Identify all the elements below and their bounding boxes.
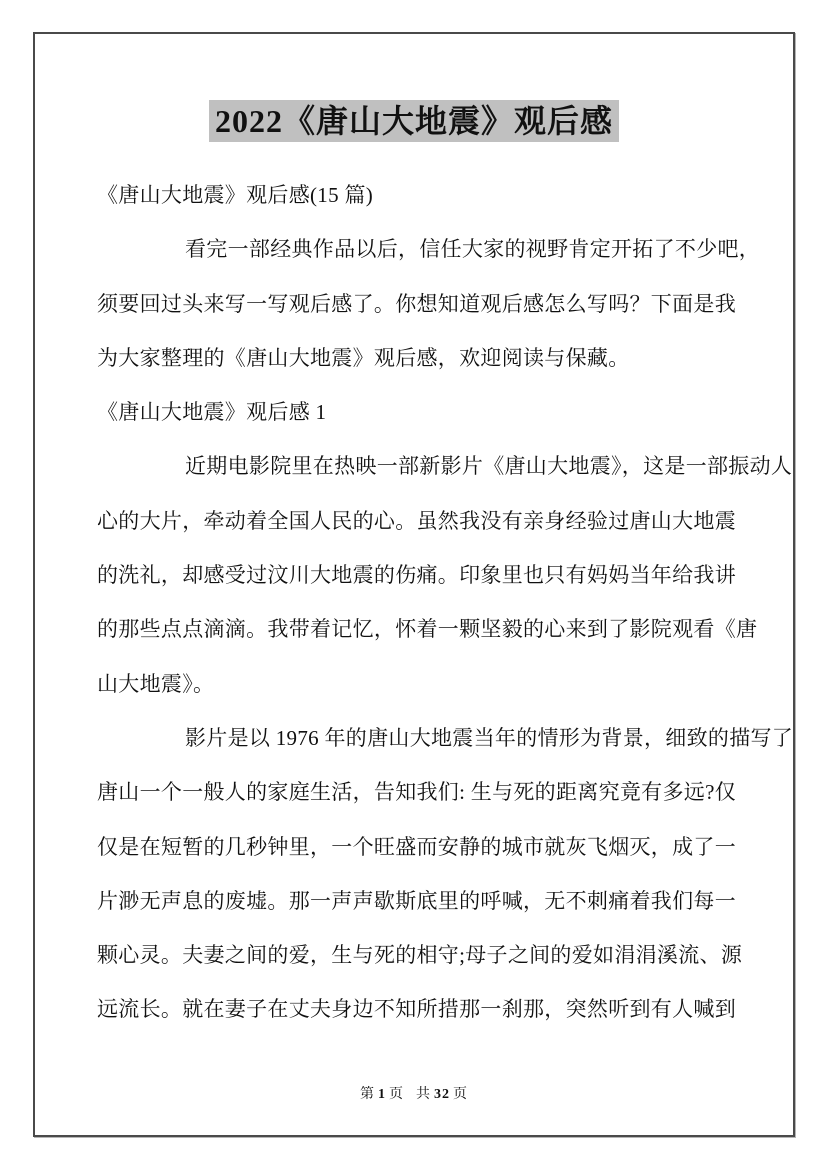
text-line: 片渺无声息的废墟。那一声声歇斯底里的呼喊，无不刺痛着我们每一 — [97, 874, 753, 928]
page-number-prefix: 第 — [360, 1087, 375, 1102]
total-pages-number: 32 — [434, 1087, 450, 1102]
text-line: 心的大片，牵动着全国人民的心。虽然我没有亲身经验过唐山大地震 — [97, 494, 753, 548]
title-row: 2022《唐山大地震》观后感 — [35, 100, 793, 142]
text-line: 看完一部经典作品以后，信任大家的视野肯定开拓了不少吧， — [97, 222, 753, 276]
text-line: 的洗礼，却感受过汶川大地震的伤痛。印象里也只有妈妈当年给我讲 — [97, 548, 753, 602]
page-number: 1 — [378, 1087, 386, 1102]
text-line: 山大地震》。 — [97, 657, 753, 711]
page-title: 2022《唐山大地震》观后感 — [209, 100, 619, 142]
total-pages-suffix: 页 — [453, 1087, 468, 1102]
text-line: 仅是在短暂的几秒钟里，一个旺盛而安静的城市就灰飞烟灭，成了一 — [97, 820, 753, 874]
text-line: 《唐山大地震》观后感(15 篇) — [97, 168, 753, 222]
text-line: 须要回过头来写一写观后感了。你想知道观后感怎么写吗？下面是我 — [97, 277, 753, 331]
document-body: 《唐山大地震》观后感(15 篇)看完一部经典作品以后，信任大家的视野肯定开拓了不… — [35, 168, 793, 1037]
page-number-suffix: 页 — [389, 1087, 404, 1102]
text-line: 为大家整理的《唐山大地震》观后感，欢迎阅读与保藏。 — [97, 331, 753, 385]
document-canvas: 2022《唐山大地震》观后感 《唐山大地震》观后感(15 篇)看完一部经典作品以… — [0, 0, 827, 1170]
total-pages-prefix: 共 — [416, 1087, 431, 1102]
text-line: 远流长。就在妻子在丈夫身边不知所措那一刹那，突然听到有人喊到 — [97, 982, 753, 1036]
text-line: 颗心灵。夫妻之间的爱，生与死的相守;母子之间的爱如涓涓溪流、源 — [97, 928, 753, 982]
text-line: 《唐山大地震》观后感 1 — [97, 385, 753, 439]
text-line: 的那些点点滴滴。我带着记忆，怀着一颗坚毅的心来到了影院观看《唐 — [97, 602, 753, 656]
text-line: 唐山一个一般人的家庭生活，告知我们: 生与死的距离究竟有多远?仅 — [97, 765, 753, 819]
page-footer: 第1页共32页 — [35, 1083, 793, 1103]
document-page: 2022《唐山大地震》观后感 《唐山大地震》观后感(15 篇)看完一部经典作品以… — [33, 32, 795, 1137]
text-line: 影片是以 1976 年的唐山大地震当年的情形为背景，细致的描写了 — [97, 711, 753, 765]
text-line: 近期电影院里在热映一部新影片《唐山大地震》，这是一部振动人 — [97, 439, 753, 493]
